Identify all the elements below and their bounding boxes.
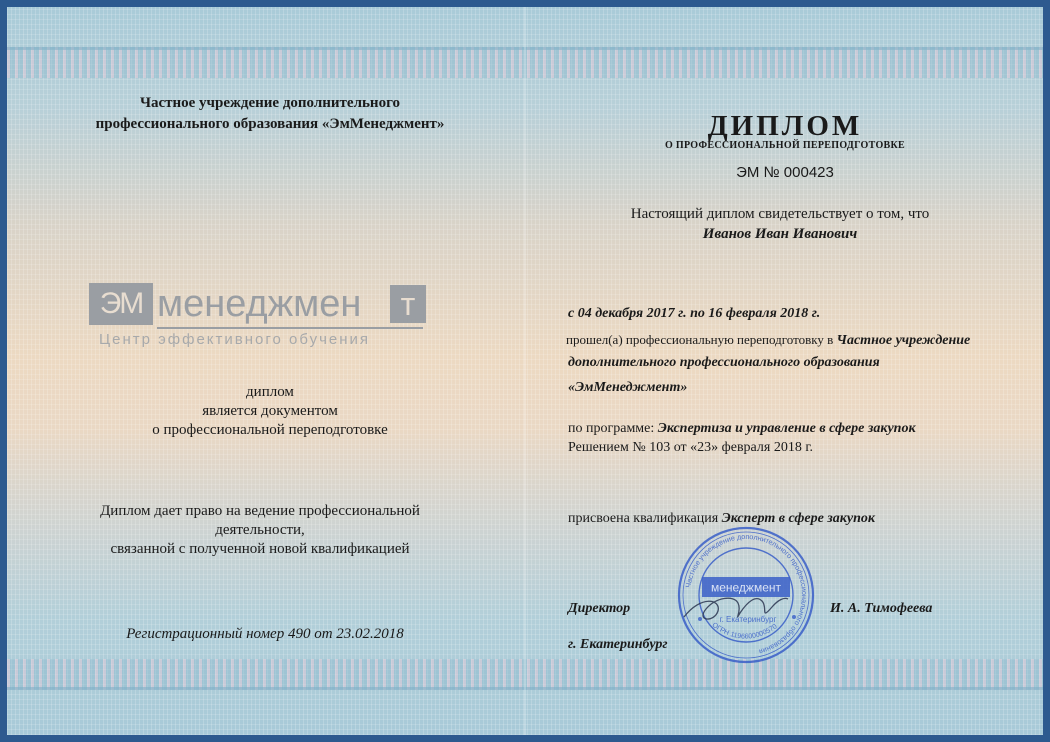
diploma-number: ЭМ № 000423 [640,164,930,181]
page-fold [524,7,526,735]
program-prefix: по программе: [568,421,658,436]
certifies-text: Настоящий диплом свидетельствует о том, … [560,206,1000,223]
rights-statement: Диплом дает право на ведение профессиона… [60,502,460,559]
logo-last-letter: т [390,285,426,323]
director-label: Директор [568,601,630,617]
director-name: И. А. Тимофеева [830,601,932,617]
institution-line-1: Частное учреждение [837,333,971,348]
statement-line-3: о профессиональной переподготовке [90,421,450,440]
document-statement: диплом является документом о профессиона… [90,383,450,440]
registration-number: Регистрационный номер 490 от 23.02.2018 [70,626,460,643]
logo-underline [157,327,423,329]
diploma-subtitle: О ПРОФЕССИОНАЛЬНОЙ ПЕРЕПОДГОТОВКЕ [640,140,930,151]
decision-line: Решением № 103 от «23» февраля 2018 г. [568,440,813,456]
institution-line-2: дополнительного профессионального образо… [568,355,880,371]
qualification-prefix: присвоена квалификация [568,511,722,526]
organization-name: Частное учреждение дополнительного профе… [60,93,480,135]
study-period: с 04 декабря 2017 г. по 16 февраля 2018 … [568,306,820,322]
diploma-title: ДИПЛОМ [640,110,930,143]
logo-tagline: Центр эффективного обучения [99,331,370,348]
statement-line-1: диплом [90,383,450,402]
org-line-1: Частное учреждение дополнительного [60,93,480,114]
program-line: по программе: Экспертиза и управление в … [568,421,916,437]
graduate-name: Иванов Иван Иванович [560,226,1000,243]
rights-line-3: связанной с полученной новой квалификаци… [60,540,460,559]
program-name: Экспертиза и управление в сфере закупок [658,421,916,436]
svg-text:ОГРН 1196600000570: ОГРН 1196600000570 [711,622,779,641]
rights-line-2: деятельности, [60,521,460,540]
logo-mark: ЭМ [89,283,153,325]
institution-line-3: «ЭмМенеджмент» [568,380,687,396]
org-line-2: профессионального образования «ЭмМенеджм… [60,114,480,135]
issue-city: г. Екатеринбург [568,637,668,653]
statement-line-2: является документом [90,402,450,421]
qualification-name: Эксперт в сфере закупок [722,511,875,526]
passed-prefix: прошел(а) профессиональную переподготовк… [566,332,837,347]
passed-line: прошел(а) профессиональную переподготовк… [566,332,970,349]
company-logo: ЭМ менеджмен т Центр эффективного обучен… [89,283,429,353]
svg-text:г. Екатеринбург: г. Екатеринбург [720,615,777,624]
logo-wordmark: менеджмен [157,283,361,325]
official-stamp-icon: Частное учреждение дополнительного профе… [676,525,816,665]
rights-line-1: Диплом дает право на ведение профессиона… [60,502,460,521]
svg-text:менеджмент: менеджмент [711,581,782,595]
